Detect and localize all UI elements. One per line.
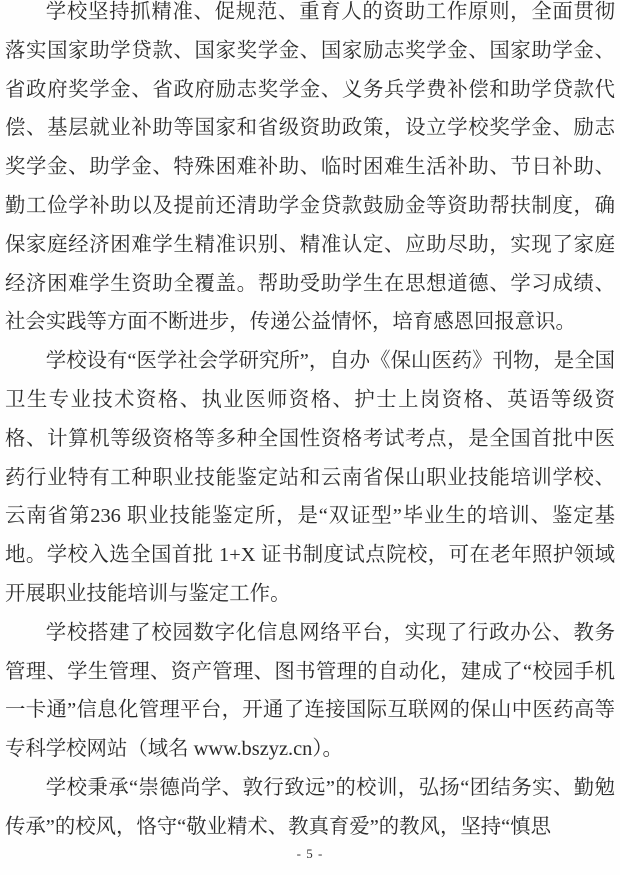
- paragraph-funding-policy: 学校坚持抓精准、促规范、重育人的资助工作原则，全面贯彻落实国家助学贷款、国家奖学…: [5, 0, 615, 342]
- paragraph-school-motto: 学校秉承“崇德尚学、敦行致远”的校训，弘扬“团结务实、勤勉传承”的校风，恪守“敬…: [5, 769, 615, 847]
- paragraph-qualification-center: 学校设有“医学社会学研究所”，自办《保山医药》刊物，是全国卫生专业技术资格、执业…: [5, 342, 615, 614]
- page-number: - 5 -: [297, 846, 324, 861]
- page-footer: - 5 -: [0, 845, 620, 865]
- document-page: 学校坚持抓精准、促规范、重育人的资助工作原则，全面贯彻落实国家助学贷款、国家奖学…: [0, 0, 620, 875]
- paragraph-digital-campus: 学校搭建了校园数字化信息网络平台，实现了行政办公、教务管理、学生管理、资产管理、…: [5, 614, 615, 769]
- document-body: 学校坚持抓精准、促规范、重育人的资助工作原则，全面贯彻落实国家助学贷款、国家奖学…: [5, 0, 615, 847]
